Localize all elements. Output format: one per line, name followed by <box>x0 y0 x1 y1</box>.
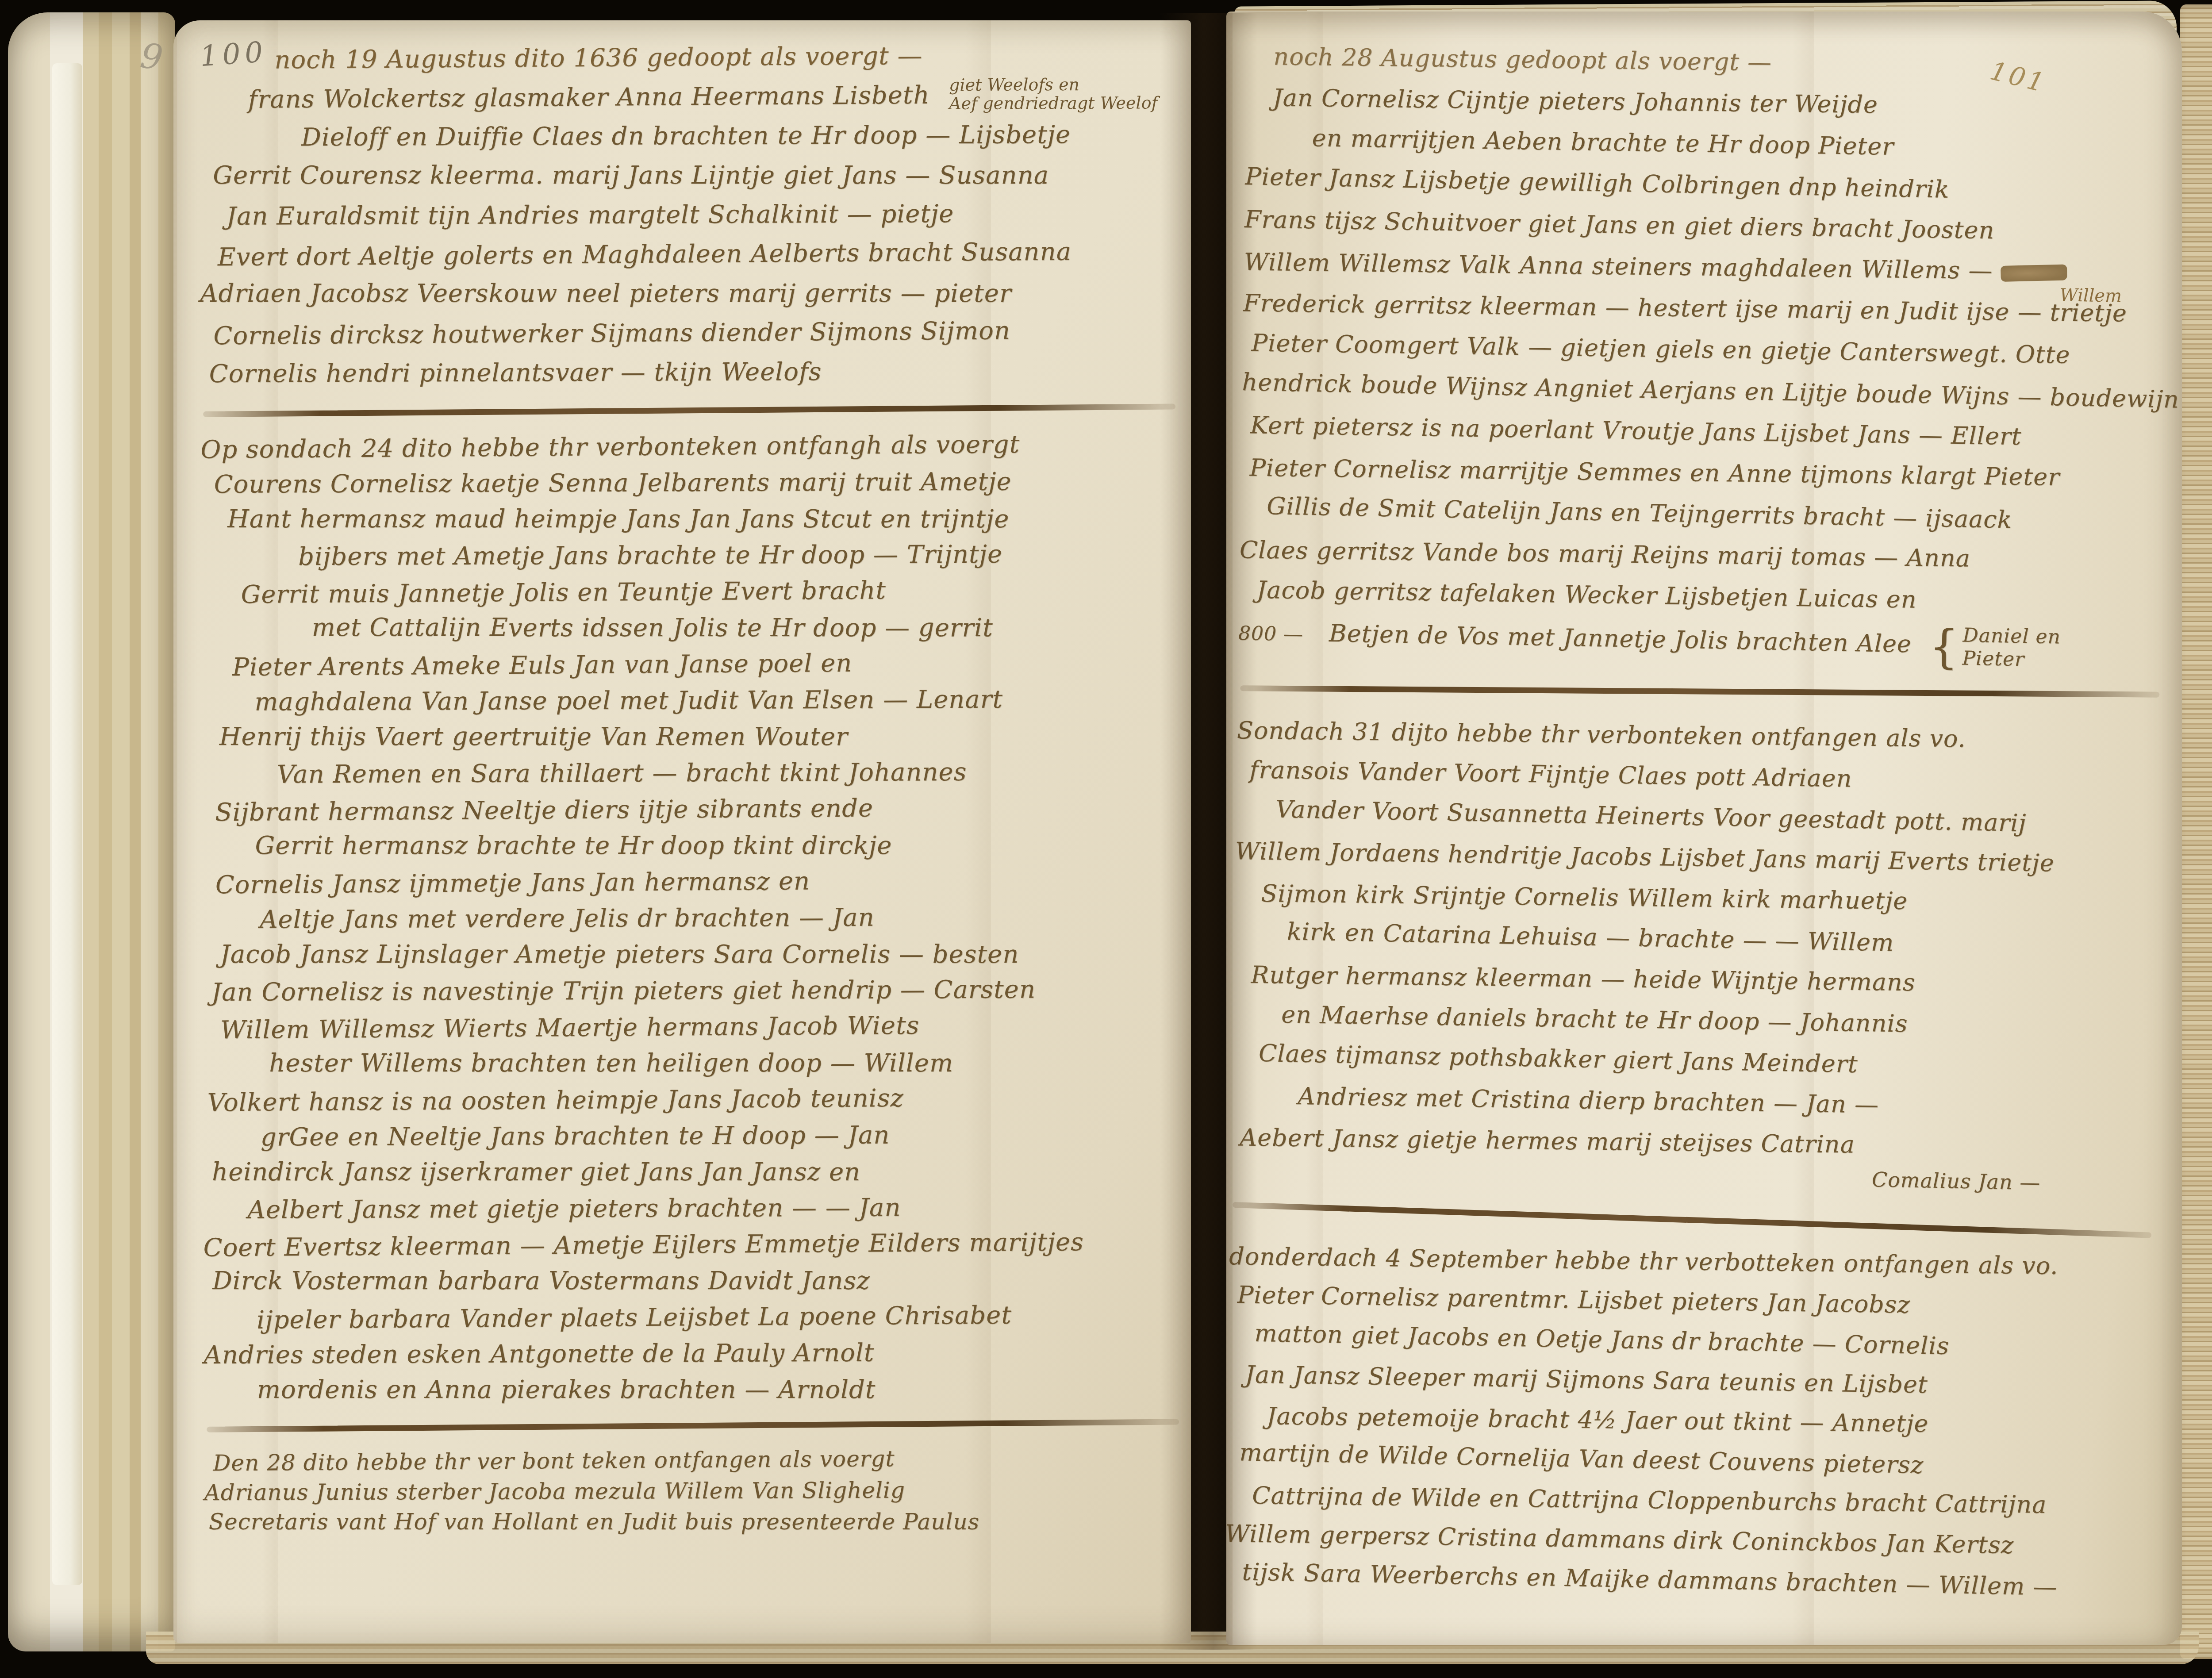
register-entry-line: Den 28 dito hebbe thr ver bont teken ont… <box>213 1442 1183 1480</box>
book-gutter-shadow <box>1160 13 1257 1650</box>
register-entry-line: mordenis en Anna pierakes brachten — Arn… <box>257 1373 1183 1410</box>
register-entry-line: Cornelis dircksz houtwerker Sijmans dien… <box>213 312 1179 358</box>
register-entry-line: maghdalena Van Janse poel met Judit Van … <box>254 682 1180 722</box>
book-fore-edge-left <box>8 12 175 1651</box>
ink-divider-line <box>207 1419 1179 1432</box>
register-page-left: noch 19 Augustus dito 1636 gedoopt als v… <box>173 20 1191 1643</box>
register-entry-line: Gerrit Courensz kleerma. marij Jans Lijn… <box>213 158 1178 198</box>
register-entry-line: Jacob Jansz Lijnslager Ametje pieters Sa… <box>220 938 1181 975</box>
register-entry-line: Aeltje Jans met verdere Jelis dr brachte… <box>260 900 1181 939</box>
register-entry-line: Sijbrant hermansz Neeltje diers ijtje si… <box>215 790 1180 832</box>
ink-divider-line <box>203 404 1175 417</box>
right-section-3: donderdach 4 September hebbe thr verbott… <box>1226 1236 2155 1609</box>
interlinear-note: giet Weelofs en Aef gendriedragt Weelof <box>949 75 1158 113</box>
ink-divider-line <box>1233 1202 2151 1238</box>
register-entry-line: ijpeler barbara Vander plaets Leijsbet L… <box>257 1298 1182 1340</box>
register-entry-line: Willem Willemsz Wierts Maertje hermans J… <box>220 1007 1181 1050</box>
register-entry-line: bijbers met Ametje Jans brachte te Hr do… <box>298 537 1179 576</box>
register-entry-line: Dirck Vosterman barbara Vostermans David… <box>212 1264 1182 1301</box>
register-entry-line: Van Remen en Sara thillaert — bracht tki… <box>277 755 1180 794</box>
left-section-2: Op sondach 24 dito hebbe thr verbonteken… <box>200 428 1183 1411</box>
register-entry-line: Cornelis Jansz ijmmetje Jans Jan hermans… <box>215 862 1181 905</box>
curly-brace: { <box>1929 623 1959 670</box>
register-entry-line: Secretaris vant Hof van Hollant en Judit… <box>209 1507 1183 1539</box>
page-edge-highlight <box>52 63 82 1585</box>
register-entry-line: hester Willems brachten ten heiligen doo… <box>269 1047 1181 1083</box>
left-section-3: Den 28 dito hebbe thr ver bont teken ont… <box>204 1444 1183 1540</box>
register-entry-line: Henrij thijs Vaert geertruitje Van Remen… <box>219 720 1180 757</box>
left-section-1: frans Wolckertsz glasmaker Anna Heermans… <box>199 77 1179 396</box>
register-entry-line: Coert Evertsz kleerman — Ametje Eijlers … <box>203 1225 1182 1268</box>
register-entry-line: Dieloff en Duiffie Claes dn brachten te … <box>301 117 1178 159</box>
register-entry-line: Op sondach 24 dito hebbe thr verbonteken… <box>200 427 1179 470</box>
register-entry-line: Cornelis hendri pinnelantsvaer — tkijn W… <box>209 353 1179 396</box>
entry-tail: Comalius Jan — <box>1871 1167 2156 1200</box>
register-entry-line: grGee en Neeltje Jans brachten te H doop… <box>261 1117 1182 1157</box>
register-entry-line: Jan Euraldsmit tijn Andries margtelt Sch… <box>226 196 1178 238</box>
right-section-1: Jan Cornelisz Cijntje pieters Johannis t… <box>1238 77 2172 667</box>
register-entry-line: Hant hermansz maud heimpje Jans Jan Jans… <box>227 503 1179 539</box>
right-page-text-column: noch 28 Augustus gedoopt als voergt — Ja… <box>1226 12 2182 1609</box>
register-entry-line: met Cattalijn Everts idssen Jolis te Hr … <box>312 611 1180 648</box>
register-entry-line: Courens Cornelisz kaetje Senna Jelbarent… <box>214 465 1179 504</box>
brace-name-bottom: Pieter <box>1962 647 2060 672</box>
book-fore-edge-right <box>2180 4 2212 1659</box>
ink-blot-strikethrough <box>2001 264 2067 281</box>
entry-text: Betjen de Vos met Jannetje Jolis brachte… <box>1329 619 1912 658</box>
register-entry-line: Gerrit muis Jannetje Jolis en Teuntje Ev… <box>241 572 1179 614</box>
left-page-text-column: noch 19 Augustus dito 1636 gedoopt als v… <box>173 20 1191 1540</box>
register-entry-line: Volkert hansz is na oosten heimpje Jans … <box>207 1080 1181 1123</box>
right-section-2: Sondach 31 dijto hebbe thr verbonteken o… <box>1230 710 2163 1199</box>
ink-divider-line <box>1240 685 2159 698</box>
register-entry-line: heindirck Jansz ijserkramer giet Jans Ja… <box>212 1156 1182 1192</box>
brace-annotation: {Daniel enPieter <box>1929 623 2061 672</box>
manuscript-register-photo: noch 19 Augustus dito 1636 gedoopt als v… <box>0 0 2212 1678</box>
register-entry-line: Evert dort Aeltje golerts en Maghdaleen … <box>218 234 1179 279</box>
interlinear-note-bottom: Aef gendriedragt Weelof <box>949 93 1158 113</box>
register-entry-line: Pieter Arents Ameke Euls Jan van Janse p… <box>232 645 1180 687</box>
register-entry-line: Andries steden esken Antgonette de la Pa… <box>204 1335 1182 1375</box>
register-entry-line: Adrianus Junius sterber Jacoba mezula Wi… <box>204 1474 1183 1509</box>
register-entry-line: Aelbert Jansz met gietje pieters brachte… <box>247 1190 1182 1229</box>
brace-name-top: Daniel en <box>1962 624 2061 649</box>
register-entry-line: Jan Cornelisz is navestinje Trijn pieter… <box>211 972 1181 1012</box>
register-entry-line: Adriaen Jacobsz Veerskouw neel pieters m… <box>200 276 1179 316</box>
interlinear-note-top: giet Weelofs en <box>949 75 1158 94</box>
register-page-right: noch 28 Augustus gedoopt als voergt — Ja… <box>1226 12 2182 1645</box>
entry-text: Willem Willemsz Valk Anna steiners maghd… <box>1244 248 1993 284</box>
page-number-left: 100 <box>199 36 269 73</box>
register-entry-line: Gerrit hermansz brachte te Hr doop tkint… <box>255 829 1181 866</box>
